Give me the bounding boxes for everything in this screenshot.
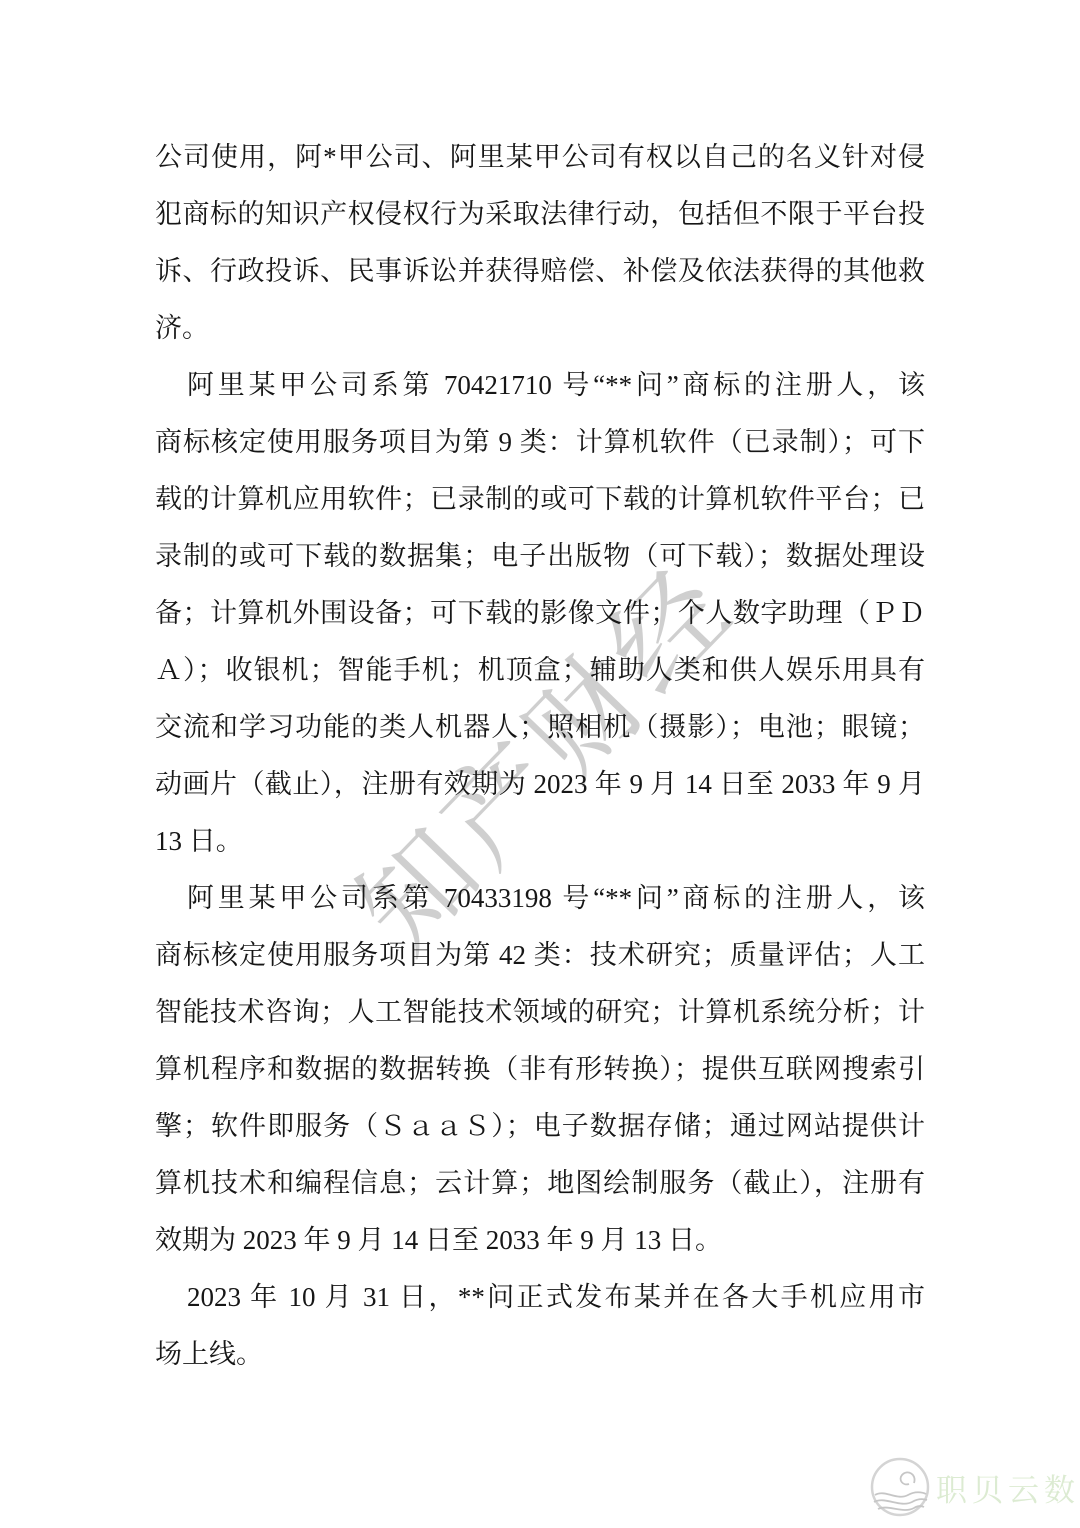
text-line: 13 日。: [155, 813, 925, 870]
text-line: 备；计算机外围设备；可下载的影像文件；个人数字助理（ＰＤ: [155, 585, 925, 642]
footer-brand: 职贝云数: [870, 1456, 1080, 1518]
text-line: Ａ）；收银机；智能手机；机顶盒；辅助人类和供人娱乐用具有: [155, 642, 925, 699]
footer-brand-text: 职贝云数: [936, 1465, 1080, 1510]
text-line: 动画片（截止），注册有效期为 2023 年 9 月 14 日至 2033 年 9…: [155, 756, 925, 813]
text-line: 公司使用，阿*甲公司、阿里某甲公司有权以自己的名义针对侵: [155, 129, 925, 186]
text-line: 诉、行政投诉、民事诉讼并获得赔偿、补偿及依法获得的其他救: [155, 243, 925, 300]
text-line: 2023 年 10 月 31 日，**问正式发布某并在各大手机应用市: [155, 1269, 925, 1326]
text-line: 效期为 2023 年 9 月 14 日至 2033 年 9 月 13 日。: [155, 1212, 925, 1269]
text-line: 犯商标的知识产权侵权行为采取法律行动，包括但不限于平台投: [155, 186, 925, 243]
text-line: 阿里某甲公司系第 70421710 号“**问”商标的注册人，该: [155, 357, 925, 414]
text-line: 商标核定使用服务项目为第 42 类：技术研究；质量评估；人工: [155, 927, 925, 984]
text-line: 阿里某甲公司系第 70433198 号“**问”商标的注册人，该: [155, 870, 925, 927]
text-line: 智能技术咨询；人工智能技术领域的研究；计算机系统分析；计: [155, 984, 925, 1041]
text-line: 济。: [155, 300, 925, 357]
document-page: 知产财经 公司使用，阿*甲公司、阿里某甲公司有权以自己的名义针对侵犯商标的知识产…: [0, 0, 1080, 1528]
wave-circle-icon: [870, 1456, 930, 1518]
text-line: 录制的或可下载的数据集；电子出版物（可下载）；数据处理设: [155, 528, 925, 585]
text-line: 算机技术和编程信息；云计算；地图绘制服务（截止），注册有: [155, 1155, 925, 1212]
text-line: 算机程序和数据的数据转换（非有形转换）；提供互联网搜索引: [155, 1041, 925, 1098]
text-line: 载的计算机应用软件；已录制的或可下载的计算机软件平台；已: [155, 471, 925, 528]
document-text: 公司使用，阿*甲公司、阿里某甲公司有权以自己的名义针对侵犯商标的知识产权侵权行为…: [155, 129, 925, 1383]
text-line: 擎；软件即服务（ＳａａＳ）；电子数据存储；通过网站提供计: [155, 1098, 925, 1155]
text-line: 场上线。: [155, 1326, 925, 1383]
text-line: 商标核定使用服务项目为第 9 类：计算机软件（已录制）；可下: [155, 414, 925, 471]
text-line: 交流和学习功能的类人机器人；照相机（摄影）；电池；眼镜；: [155, 699, 925, 756]
